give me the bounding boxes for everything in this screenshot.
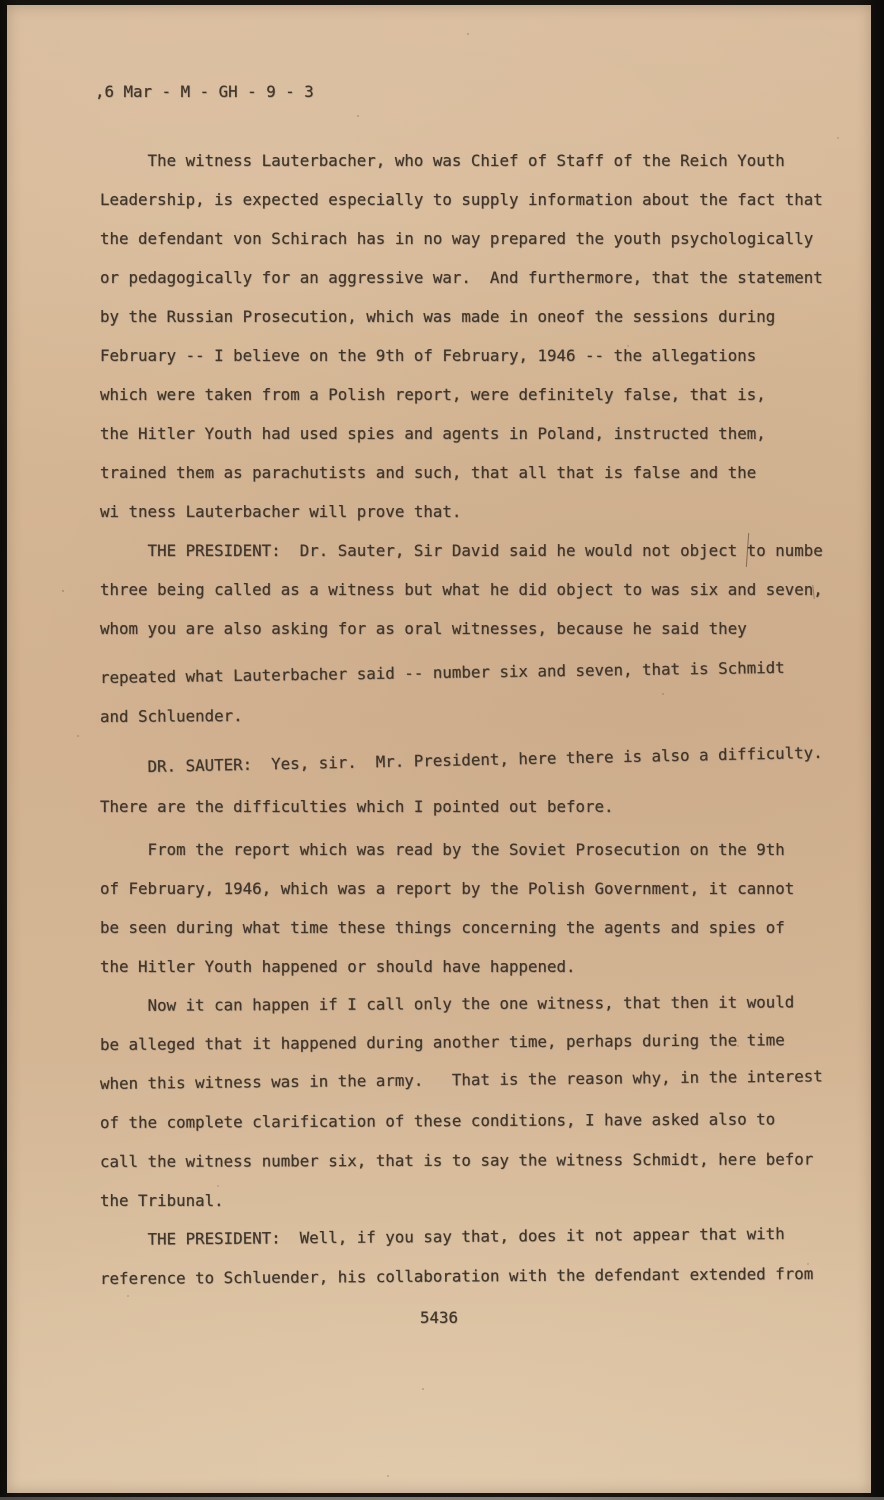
text-line: be seen during what time these things co… <box>100 908 871 947</box>
document-text-area: ,6 Mar - M - GH - 9 - 3 The witness Laut… <box>7 5 871 1337</box>
text-line: February -- I believe on the 9th of Febr… <box>100 336 871 375</box>
scanned-page: ,6 Mar - M - GH - 9 - 3 The witness Laut… <box>0 0 884 1500</box>
text-line: the defendant von Schirach has in no way… <box>100 219 871 258</box>
text-line: THE PRESIDENT: Well, if you say that, do… <box>100 1213 871 1259</box>
text-line: There are the difficulties which I point… <box>100 787 871 826</box>
text-line: the Hitler Youth had used spies and agen… <box>100 414 871 453</box>
document-body: The witness Lauterbacher, who was Chief … <box>100 141 871 1298</box>
text-line: trained them as parachutists and such, t… <box>100 453 871 492</box>
text-line: Now it can happen if I call only the one… <box>100 982 871 1025</box>
text-line: which were taken from a Polish report, w… <box>100 375 871 414</box>
text-line: From the report which was read by the So… <box>100 830 871 869</box>
page-number: 5436 <box>7 1298 871 1337</box>
text-line: Leadership, is expected especially to su… <box>100 180 871 219</box>
text-line: or pedagogically for an aggressive war. … <box>100 258 871 297</box>
text-line: and Schluender. <box>100 692 871 736</box>
text-line: the Hitler Youth happened or should have… <box>100 947 871 986</box>
text-line: call the witness number six, that is to … <box>100 1139 871 1181</box>
text-line: reference to Schluender, his collaborati… <box>100 1254 871 1298</box>
text-line: when this witness was in the army. That … <box>100 1056 871 1103</box>
text-line: of February, 1946, which was a report by… <box>100 869 871 908</box>
text-line: repeated what Lauterbacher said -- numbe… <box>100 647 871 697</box>
text-line: three being called as a witness but what… <box>100 570 871 609</box>
text-line: The witness Lauterbacher, who was Chief … <box>100 141 871 180</box>
text-line: DR. SAUTER: Yes, sir. Mr. President, her… <box>100 732 872 787</box>
document-header: ,6 Mar - M - GH - 9 - 3 <box>95 72 871 111</box>
text-line: by the Russian Prosecution, which was ma… <box>100 297 871 336</box>
text-line: whom you are also asking for as oral wit… <box>100 609 871 648</box>
text-line: of the complete clarification of these c… <box>100 1099 871 1142</box>
paper: ,6 Mar - M - GH - 9 - 3 The witness Laut… <box>7 5 871 1493</box>
text-line: wi tness Lauterbacher will prove that. <box>100 492 871 531</box>
text-line: THE PRESIDENT: Dr. Sauter, Sir David sai… <box>100 531 871 570</box>
